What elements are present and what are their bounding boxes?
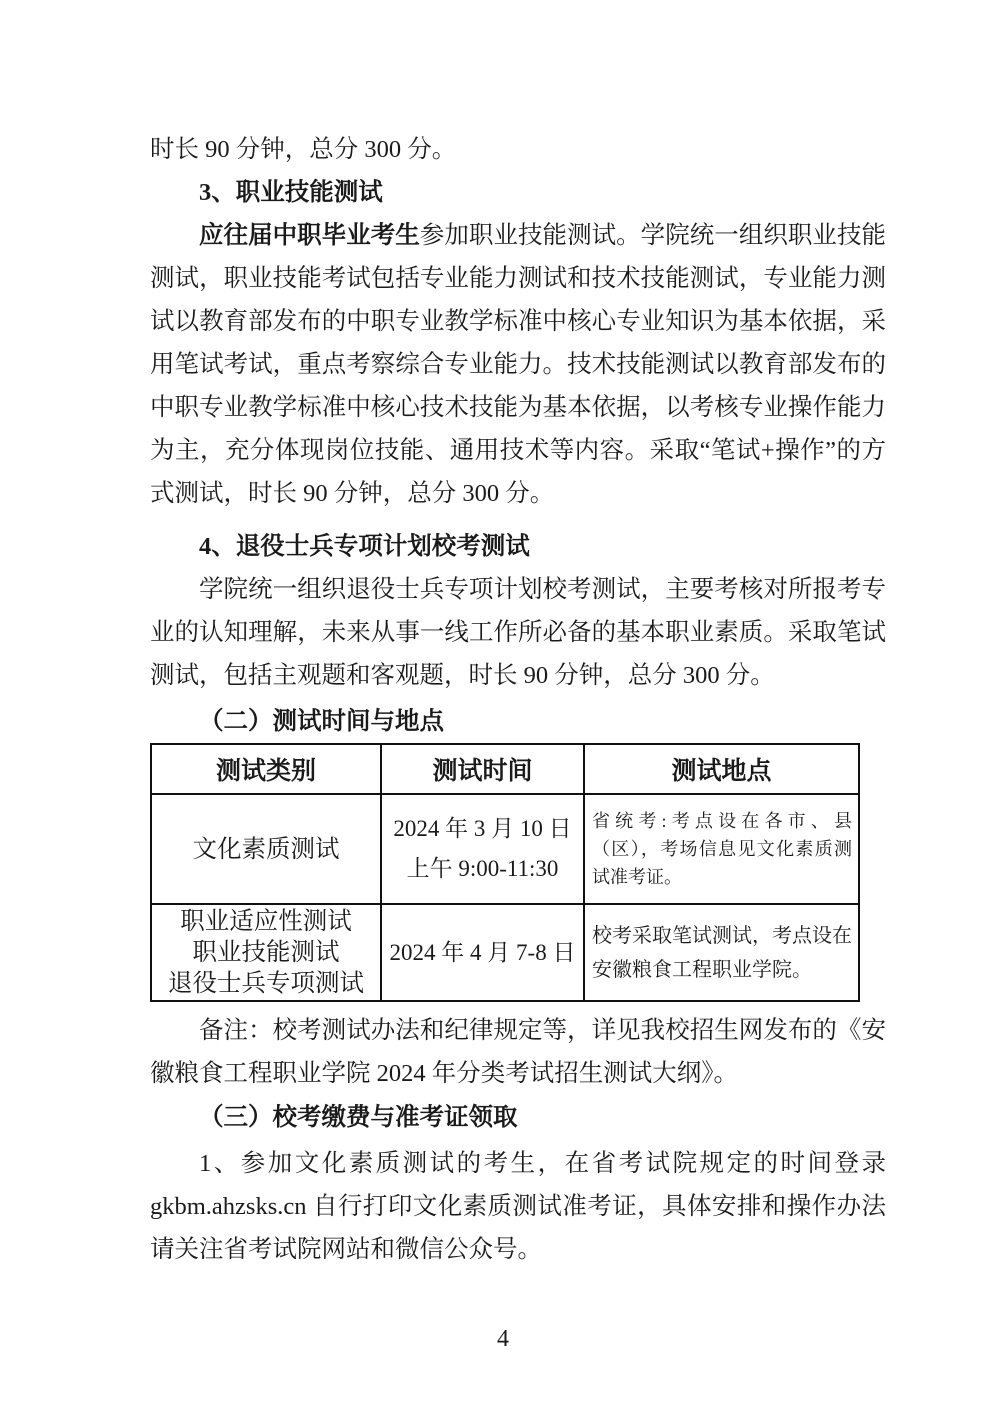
heading-veteran-test: 4、退役士兵专项计划校考测试 [150,525,886,568]
cell-culture-location: 省统考:考点设在各市、县（区），考场信息见文化素质测试准考证。 [584,794,859,904]
school-test-date: 2024 年 4 月 7-8 日 [383,933,582,973]
paragraph-note: 备注：校考测试办法和纪律规定等，详见我校招生网发布的《安徽粮食工程职业学院 20… [150,1009,886,1095]
table-header-row: 测试类别 测试时间 测试地点 [151,744,859,794]
paragraph-payment-instructions: 1、参加文化素质测试的考生，在省考试院规定的时间登录 gkbm.ahzsks.c… [150,1142,886,1271]
cell-school-location: 校考采取笔试测试，考点设在安徽粮食工程职业学院。 [584,904,859,1001]
heading-section3-payment: （三）校考缴费与准考证领取 [150,1096,886,1139]
header-test-time: 测试时间 [381,744,584,794]
cell-culture-time: 2024 年 3 月 10 日 上午 9:00-11:30 [381,794,584,904]
test-schedule-table: 测试类别 测试时间 测试地点 文化素质测试 2024 年 3 月 10 日 上午… [150,743,860,1002]
heading-skill-test: 3、职业技能测试 [150,171,886,214]
culture-test-date: 2024 年 3 月 10 日 [383,809,582,849]
header-test-category: 测试类别 [151,744,381,794]
document-page: { "page": { "number": "4", "text_color":… [0,0,1006,1426]
paragraph-veteran-test: 学院统一组织退役士兵专项计划校考测试，主要考核对所报考专业的认知理解，未来从事一… [150,568,886,697]
table-row-culture-test: 文化素质测试 2024 年 3 月 10 日 上午 9:00-11:30 省统考… [151,794,859,904]
paragraph-duration-carryover: 时长 90 分钟，总分 300 分。 [150,128,886,171]
paragraph-skill-test: 应往届中职毕业考生参加职业技能测试。学院统一组织职业技能测试，职业技能考试包括专… [150,214,886,515]
category-line-veteran: 退役士兵专项测试 [153,968,379,999]
skill-test-lead-bold: 应往届中职毕业考生 [199,222,420,249]
table-row-school-test: 职业适应性测试 职业技能测试 退役士兵专项测试 2024 年 4 月 7-8 日… [151,904,859,1001]
category-line-aptitude: 职业适应性测试 [153,906,379,937]
cell-school-category: 职业适应性测试 职业技能测试 退役士兵专项测试 [151,904,381,1001]
category-line-skill: 职业技能测试 [153,937,379,968]
cell-school-time: 2024 年 4 月 7-8 日 [381,904,584,1001]
page-number: 4 [0,1324,1006,1354]
cell-culture-category: 文化素质测试 [151,794,381,904]
skill-test-rest: 参加职业技能测试。学院统一组织职业技能测试，职业技能考试包括专业能力测试和技术技… [150,222,886,507]
header-test-location: 测试地点 [584,744,859,794]
heading-section2-time-place: （二）测试时间与地点 [150,700,886,743]
culture-test-hours: 上午 9:00-11:30 [383,849,582,889]
